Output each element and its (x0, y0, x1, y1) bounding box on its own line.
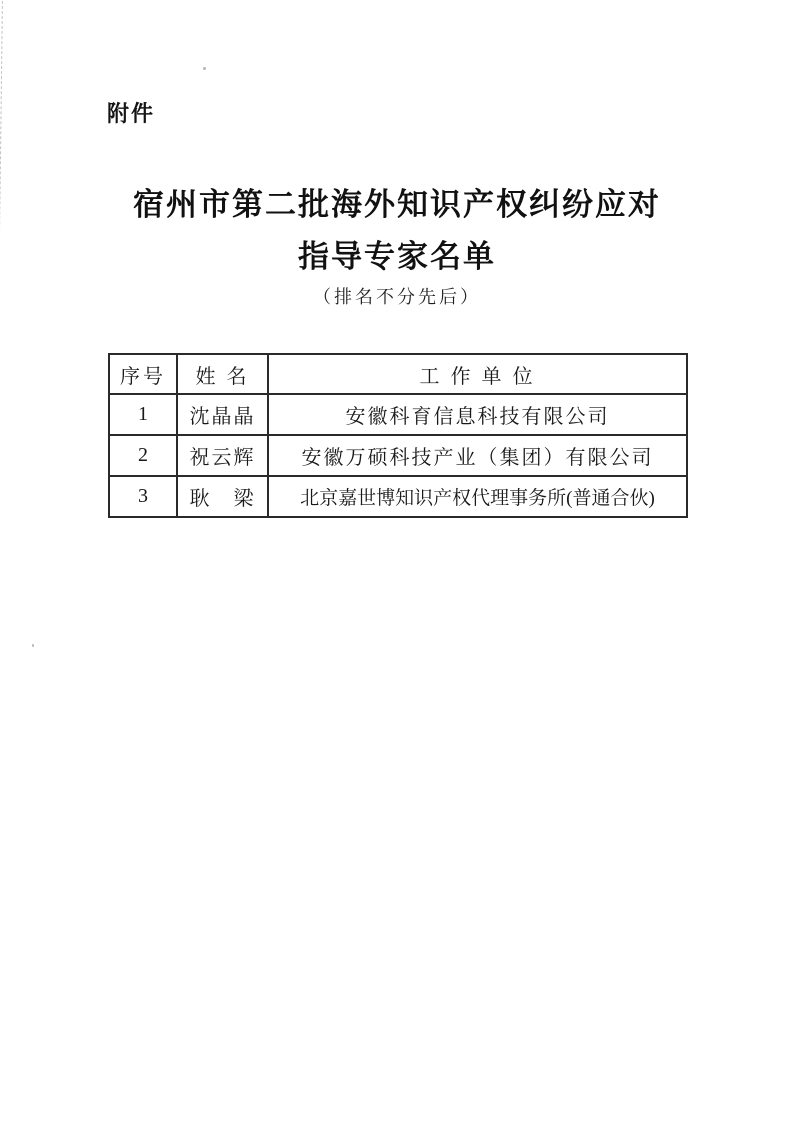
table-row: 1 沈晶晶 安徽科育信息科技有限公司 (109, 394, 687, 435)
scan-edge-artifact (0, 0, 3, 1081)
table-row: 2 祝云辉 安徽万硕科技产业（集团）有限公司 (109, 435, 687, 476)
header-name: 姓 名 (177, 354, 268, 394)
document-title-line2: 指导专家名单 (0, 231, 794, 283)
cell-name: 祝云辉 (177, 435, 268, 476)
document-subtitle: （排名不分先后） (0, 283, 794, 309)
cell-serial-number: 1 (109, 394, 177, 435)
header-serial-number: 序号 (109, 354, 177, 394)
scanned-document-page: 附件 宿州市第二批海外知识产权纠纷应对 指导专家名单 （排名不分先后） 序号 姓… (0, 0, 794, 1122)
attachment-label: 附件 (107, 97, 155, 128)
cell-serial-number: 2 (109, 435, 177, 476)
document-title-line1: 宿州市第二批海外知识产权纠纷应对 (0, 179, 794, 231)
document-title: 宿州市第二批海外知识产权纠纷应对 指导专家名单 (0, 179, 794, 283)
cell-name: 耿 梁 (177, 476, 268, 517)
cell-work-unit: 安徽科育信息科技有限公司 (268, 394, 687, 435)
cell-work-unit: 北京嘉世博知识产权代理事务所(普通合伙) (268, 476, 687, 517)
table-row: 3 耿 梁 北京嘉世博知识产权代理事务所(普通合伙) (109, 476, 687, 517)
scan-speck (32, 644, 34, 647)
scan-speck (203, 67, 206, 70)
cell-name: 沈晶晶 (177, 394, 268, 435)
header-work-unit: 工 作 单 位 (268, 354, 687, 394)
cell-serial-number: 3 (109, 476, 177, 517)
table-header-row: 序号 姓 名 工 作 单 位 (109, 354, 687, 394)
experts-table: 序号 姓 名 工 作 单 位 1 沈晶晶 安徽科育信息科技有限公司 2 祝云辉 … (108, 353, 688, 518)
cell-work-unit: 安徽万硕科技产业（集团）有限公司 (268, 435, 687, 476)
